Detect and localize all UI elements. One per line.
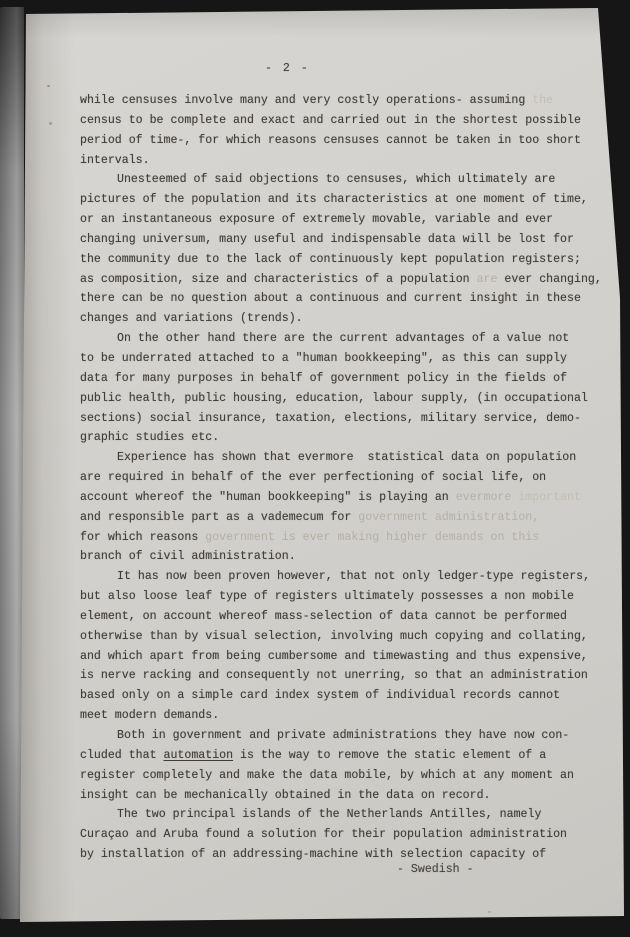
- paragraph: On the other hand there are the current …: [80, 329, 614, 448]
- text-segment: are: [477, 273, 498, 286]
- text-segment: ever changing,: [497, 273, 601, 286]
- text-segment: cluded that: [80, 749, 164, 762]
- book-gutter-edge: [0, 7, 24, 919]
- text-line: graphic studies etc.: [80, 428, 614, 448]
- text-line: intervals.: [80, 151, 614, 171]
- text-line: Experience has shown that evermore stati…: [80, 448, 614, 468]
- text-line: for which reasons government is ever mak…: [80, 528, 614, 548]
- text-line: changing universum, many useful and indi…: [80, 230, 614, 250]
- text-segment: otherwise than by visual selection, invo…: [80, 630, 588, 643]
- text-segment: or an instantaneous exposure of extremel…: [80, 213, 553, 226]
- page-number: - 2 -: [265, 62, 310, 75]
- text-line: as composition, size and characteristics…: [80, 270, 614, 290]
- text-line: and responsible part as a vademecum for …: [80, 508, 614, 528]
- text-segment: there can be no question about a continu…: [80, 292, 581, 305]
- text-segment: element, on account whereof mass-selecti…: [80, 610, 567, 623]
- text-line: register completely and make the data mo…: [80, 766, 614, 786]
- text-line: element, on account whereof mass-selecti…: [80, 607, 614, 627]
- paragraph: It has now been proven however, that not…: [80, 567, 614, 726]
- text-segment: but also loose leaf type of registers ul…: [80, 590, 574, 603]
- text-line: while censuses involve many and very cos…: [80, 91, 614, 111]
- text-line: and which apart from being cumbersome an…: [80, 647, 614, 667]
- text-line: based only on a simple card index system…: [80, 686, 614, 706]
- paragraph: Unesteemed of said objections to censuse…: [80, 170, 614, 329]
- text-segment: The two principal islands of the Netherl…: [117, 808, 541, 821]
- text-line: public health, public housing, education…: [80, 389, 614, 409]
- text-line: period of time-, for which reasons censu…: [80, 131, 614, 151]
- text-segment: the: [532, 94, 553, 107]
- underlined-word: automation: [164, 749, 234, 762]
- text-segment: On the other hand there are the current …: [117, 332, 569, 345]
- text-line: insight can be mechanically obtained in …: [80, 786, 614, 806]
- text-line: census to be complete and exact and carr…: [80, 111, 614, 131]
- text-segment: is the way to remove the static element …: [233, 749, 546, 762]
- text-line: The two principal islands of the Netherl…: [80, 805, 614, 825]
- text-segment: period of time-, for which reasons censu…: [80, 134, 581, 147]
- paragraph: The two principal islands of the Netherl…: [80, 805, 614, 865]
- text-line: meet modern demands.: [80, 706, 614, 726]
- text-segment: are required in behalf of the ever perfe…: [80, 471, 546, 484]
- text-segment: by installation of an addressing-machine…: [80, 848, 546, 861]
- text-segment: register completely and make the data mo…: [80, 769, 574, 782]
- text-segment: meet modern demands.: [80, 709, 219, 722]
- text-line: Both in government and private administr…: [80, 726, 614, 746]
- text-segment: for which reasons: [80, 531, 205, 544]
- text-line: are required in behalf of the ever perfe…: [80, 468, 614, 488]
- text-line: data for many purposes in behalf of gove…: [80, 369, 614, 389]
- text-segment: changes and variations (trends).: [80, 312, 303, 325]
- text-line: by installation of an addressing-machine…: [80, 845, 614, 865]
- text-segment: branch of civil administration.: [80, 550, 296, 563]
- paper-speck: [47, 85, 50, 87]
- text-line: sections) social insurance, taxation, el…: [80, 409, 614, 429]
- text-segment: while censuses involve many and very cos…: [80, 94, 532, 107]
- text-line: otherwise than by visual selection, invo…: [80, 627, 614, 647]
- text-segment: census to be complete and exact and carr…: [80, 114, 581, 127]
- text-segment: government is ever making higher demands: [205, 531, 490, 544]
- text-segment: intervals.: [80, 154, 150, 167]
- paper-speck: [49, 122, 52, 125]
- document-page: - 2 - while censuses involve many and ve…: [20, 8, 624, 924]
- paper-speck: [488, 911, 491, 913]
- text-segment: to be underrated attached to a "human bo…: [80, 352, 567, 365]
- scan-background: { "palette": { "paper": "#d3d1cd", "ink"…: [0, 0, 630, 937]
- text-line: changes and variations (trends).: [80, 309, 614, 329]
- text-line: the community due to the lack of continu…: [80, 250, 614, 270]
- text-segment: account whereof the "human bookkeeping" …: [80, 491, 456, 504]
- text-line: to be underrated attached to a "human bo…: [80, 349, 614, 369]
- text-segment: the community due to the lack of continu…: [80, 253, 581, 266]
- text-segment: pictures of the population and its chara…: [80, 193, 588, 206]
- text-segment: Curaçao and Aruba found a solution for t…: [80, 828, 567, 841]
- page-footer: - Swedish -: [397, 863, 474, 876]
- text-line: pictures of the population and its chara…: [80, 190, 614, 210]
- paper-speck: [540, 850, 542, 852]
- text-segment: as composition, size and characteristics…: [80, 273, 477, 286]
- text-line: Unesteemed of said objections to censuse…: [80, 170, 614, 190]
- text-segment: evermore: [456, 491, 519, 504]
- text-line: is nerve racking and consequently not un…: [80, 666, 614, 686]
- paragraph: Both in government and private administr…: [80, 726, 614, 805]
- text-segment: Both in government and private administr…: [117, 729, 569, 742]
- text-segment: data for many purposes in behalf of gove…: [80, 372, 567, 385]
- text-line: cluded that automation is the way to rem…: [80, 746, 614, 766]
- text-segment: insight can be mechanically obtained in …: [80, 789, 491, 802]
- text-segment: important: [518, 491, 581, 504]
- text-line: On the other hand there are the current …: [80, 329, 614, 349]
- text-line: Curaçao and Aruba found a solution for t…: [80, 825, 614, 845]
- text-line: but also loose leaf type of registers ul…: [80, 587, 614, 607]
- text-segment: Unesteemed of said objections to censuse…: [117, 173, 555, 186]
- text-line: there can be no question about a continu…: [80, 289, 614, 309]
- paragraph: while censuses involve many and very cos…: [80, 91, 614, 170]
- text-segment: public health, public housing, education…: [80, 392, 588, 405]
- text-segment: and which apart from being cumbersome an…: [80, 650, 588, 663]
- text-segment: changing universum, many useful and indi…: [80, 233, 574, 246]
- text-segment: sections) social insurance, taxation, el…: [80, 412, 581, 425]
- paragraph: Experience has shown that evermore stati…: [80, 448, 614, 567]
- body-text: while censuses involve many and very cos…: [80, 91, 614, 865]
- text-segment: and responsible part as a vademecum for: [80, 511, 358, 524]
- text-segment: Experience has shown that evermore stati…: [117, 451, 576, 464]
- text-segment: on this: [491, 531, 540, 544]
- text-segment: graphic studies etc.: [80, 431, 219, 444]
- text-line: or an instantaneous exposure of extremel…: [80, 210, 614, 230]
- text-line: account whereof the "human bookkeeping" …: [80, 488, 614, 508]
- text-line: It has now been proven however, that not…: [80, 567, 614, 587]
- text-segment: based only on a simple card index system…: [80, 689, 560, 702]
- text-segment: government administration,: [358, 511, 539, 524]
- text-segment: is nerve racking and consequently not un…: [80, 669, 588, 682]
- text-segment: It has now been proven however, that not…: [117, 570, 590, 583]
- text-line: branch of civil administration.: [80, 547, 614, 567]
